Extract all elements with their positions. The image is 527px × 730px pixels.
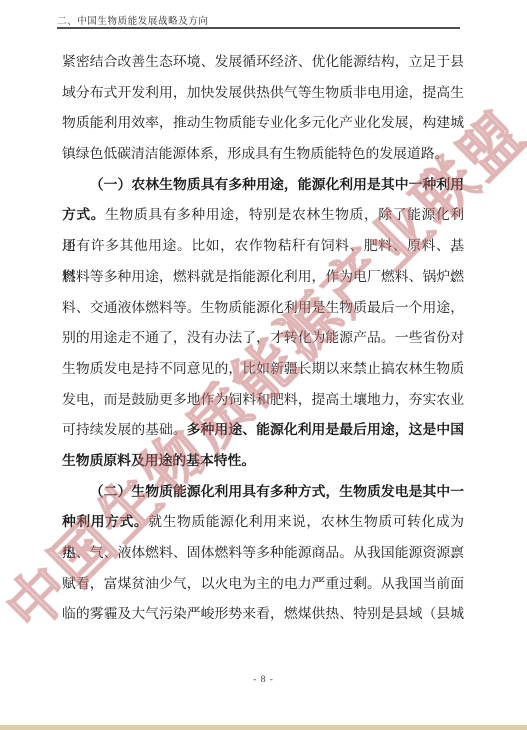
page-number: - 8 -: [0, 675, 527, 685]
text-run: 料、交通液体燃料等。生物质能源化利用是生物质最后一个用途，: [62, 300, 464, 315]
text-line: 还有许多其他用途。比如，农作物秸秆有饲料、肥料、原料、基料、: [62, 231, 464, 262]
text-run: 物质能利用效率，推动生物质能专业化多元化产业化发展，构建城: [62, 115, 464, 130]
text-line: 赋看，富煤贫油少气，以火电为主的电力严重过剩。从我国当前面: [62, 569, 464, 600]
text-line: 燃料等多种用途，燃料就是指能源化利用，作为电厂燃料、锅炉燃: [62, 262, 464, 293]
text-run: 镇绿色低碳清洁能源体系，形成具有生物质能特色的发展道路。: [62, 146, 448, 161]
bold-text-run: 生物质原料及用途的基本特性。: [62, 453, 255, 468]
running-header-title: 二、中国生物质能发展战略及方向: [57, 13, 209, 27]
text-line: 热、气、液体燃料、固体燃料等多种能源商品。从我国能源资源禀: [62, 538, 464, 569]
text-run: 临的雾霾及大气污染严峻形势来看，燃煤供热、特别是县域（县城: [62, 606, 464, 621]
text-line: 方式。生物质具有多种用途，特别是农林生物质，除了能源化利用，: [62, 200, 464, 231]
page-bottom-edge: [0, 725, 527, 730]
body-lines: 紧密结合改善生态环境、发展循环经济、优化能源结构，立足于县域分布式开发利用，加快…: [62, 47, 464, 630]
text-line: 料、交通液体燃料等。生物质能源化利用是生物质最后一个用途，: [62, 293, 464, 324]
text-line: 生物质原料及用途的基本特性。: [62, 446, 464, 477]
text-line: 紧密结合改善生态环境、发展循环经济、优化能源结构，立足于县: [62, 47, 464, 78]
text-run: 热、气、液体燃料、固体燃料等多种能源商品。从我国能源资源禀: [62, 545, 464, 560]
text-line: （一）农林生物质具有多种用途，能源化利用是其中一种利用: [62, 170, 464, 201]
text-run: 别的用途走不通了，没有办法了，才转化为能源产品。一些省份对: [62, 330, 464, 345]
text-line: 发电，而是鼓励更多地作为饲料和肥料，提高土壤地力，夯实农业: [62, 385, 464, 416]
document-page: 二、中国生物质能发展战略及方向 紧密结合改善生态环境、发展循环经济、优化能源结构…: [0, 0, 527, 730]
text-line: （二）生物质能源化利用具有多种方式，生物质发电是其中一: [62, 477, 464, 508]
text-line: 种利用方式。就生物质能源化利用来说，农林生物质可转化成为电、: [62, 507, 464, 538]
bold-text-run: （一）农林生物质具有多种用途，能源化利用是其中一种利用: [90, 177, 464, 192]
text-run: 生物质发电是持不同意见的，比如新疆长期以来禁止搞农林生物质: [62, 361, 464, 376]
text-run: 域分布式开发利用，加快发展供热供气等生物质非电用途，提高生: [62, 85, 464, 100]
text-line: 物质能利用效率，推动生物质能专业化多元化产业化发展，构建城: [62, 108, 464, 139]
bold-text-run: （二）生物质能源化利用具有多种方式，生物质发电是其中一: [90, 484, 464, 499]
text-line: 生物质发电是持不同意见的，比如新疆长期以来禁止搞农林生物质: [62, 354, 464, 385]
text-line: 镇绿色低碳清洁能源体系，形成具有生物质能特色的发展道路。: [62, 139, 464, 170]
text-line: 别的用途走不通了，没有办法了，才转化为能源产品。一些省份对: [62, 323, 464, 354]
text-run: 可持续发展的基础。: [62, 422, 187, 437]
header-rule: [57, 27, 460, 29]
text-line: 临的雾霾及大气污染严峻形势来看，燃煤供热、特别是县域（县城: [62, 599, 464, 630]
bold-text-run: 多种用途、能源化利用是最后用途，这是中国: [187, 422, 464, 437]
text-run: 紧密结合改善生态环境、发展循环经济、优化能源结构，立足于县: [62, 54, 464, 69]
bold-text-run: 方式。: [62, 207, 105, 222]
text-line: 域分布式开发利用，加快发展供热供气等生物质非电用途，提高生: [62, 78, 464, 109]
text-line: 可持续发展的基础。多种用途、能源化利用是最后用途，这是中国: [62, 415, 464, 446]
text-run: 发电，而是鼓励更多地作为饲料和肥料，提高土壤地力，夯实农业: [62, 392, 464, 407]
bold-text-run: 种利用方式。: [62, 514, 148, 529]
text-run: 燃料等多种用途，燃料就是指能源化利用，作为电厂燃料、锅炉燃: [62, 269, 464, 284]
text-run: 赋看，富煤贫油少气，以火电为主的电力严重过剩。从我国当前面: [62, 576, 464, 591]
